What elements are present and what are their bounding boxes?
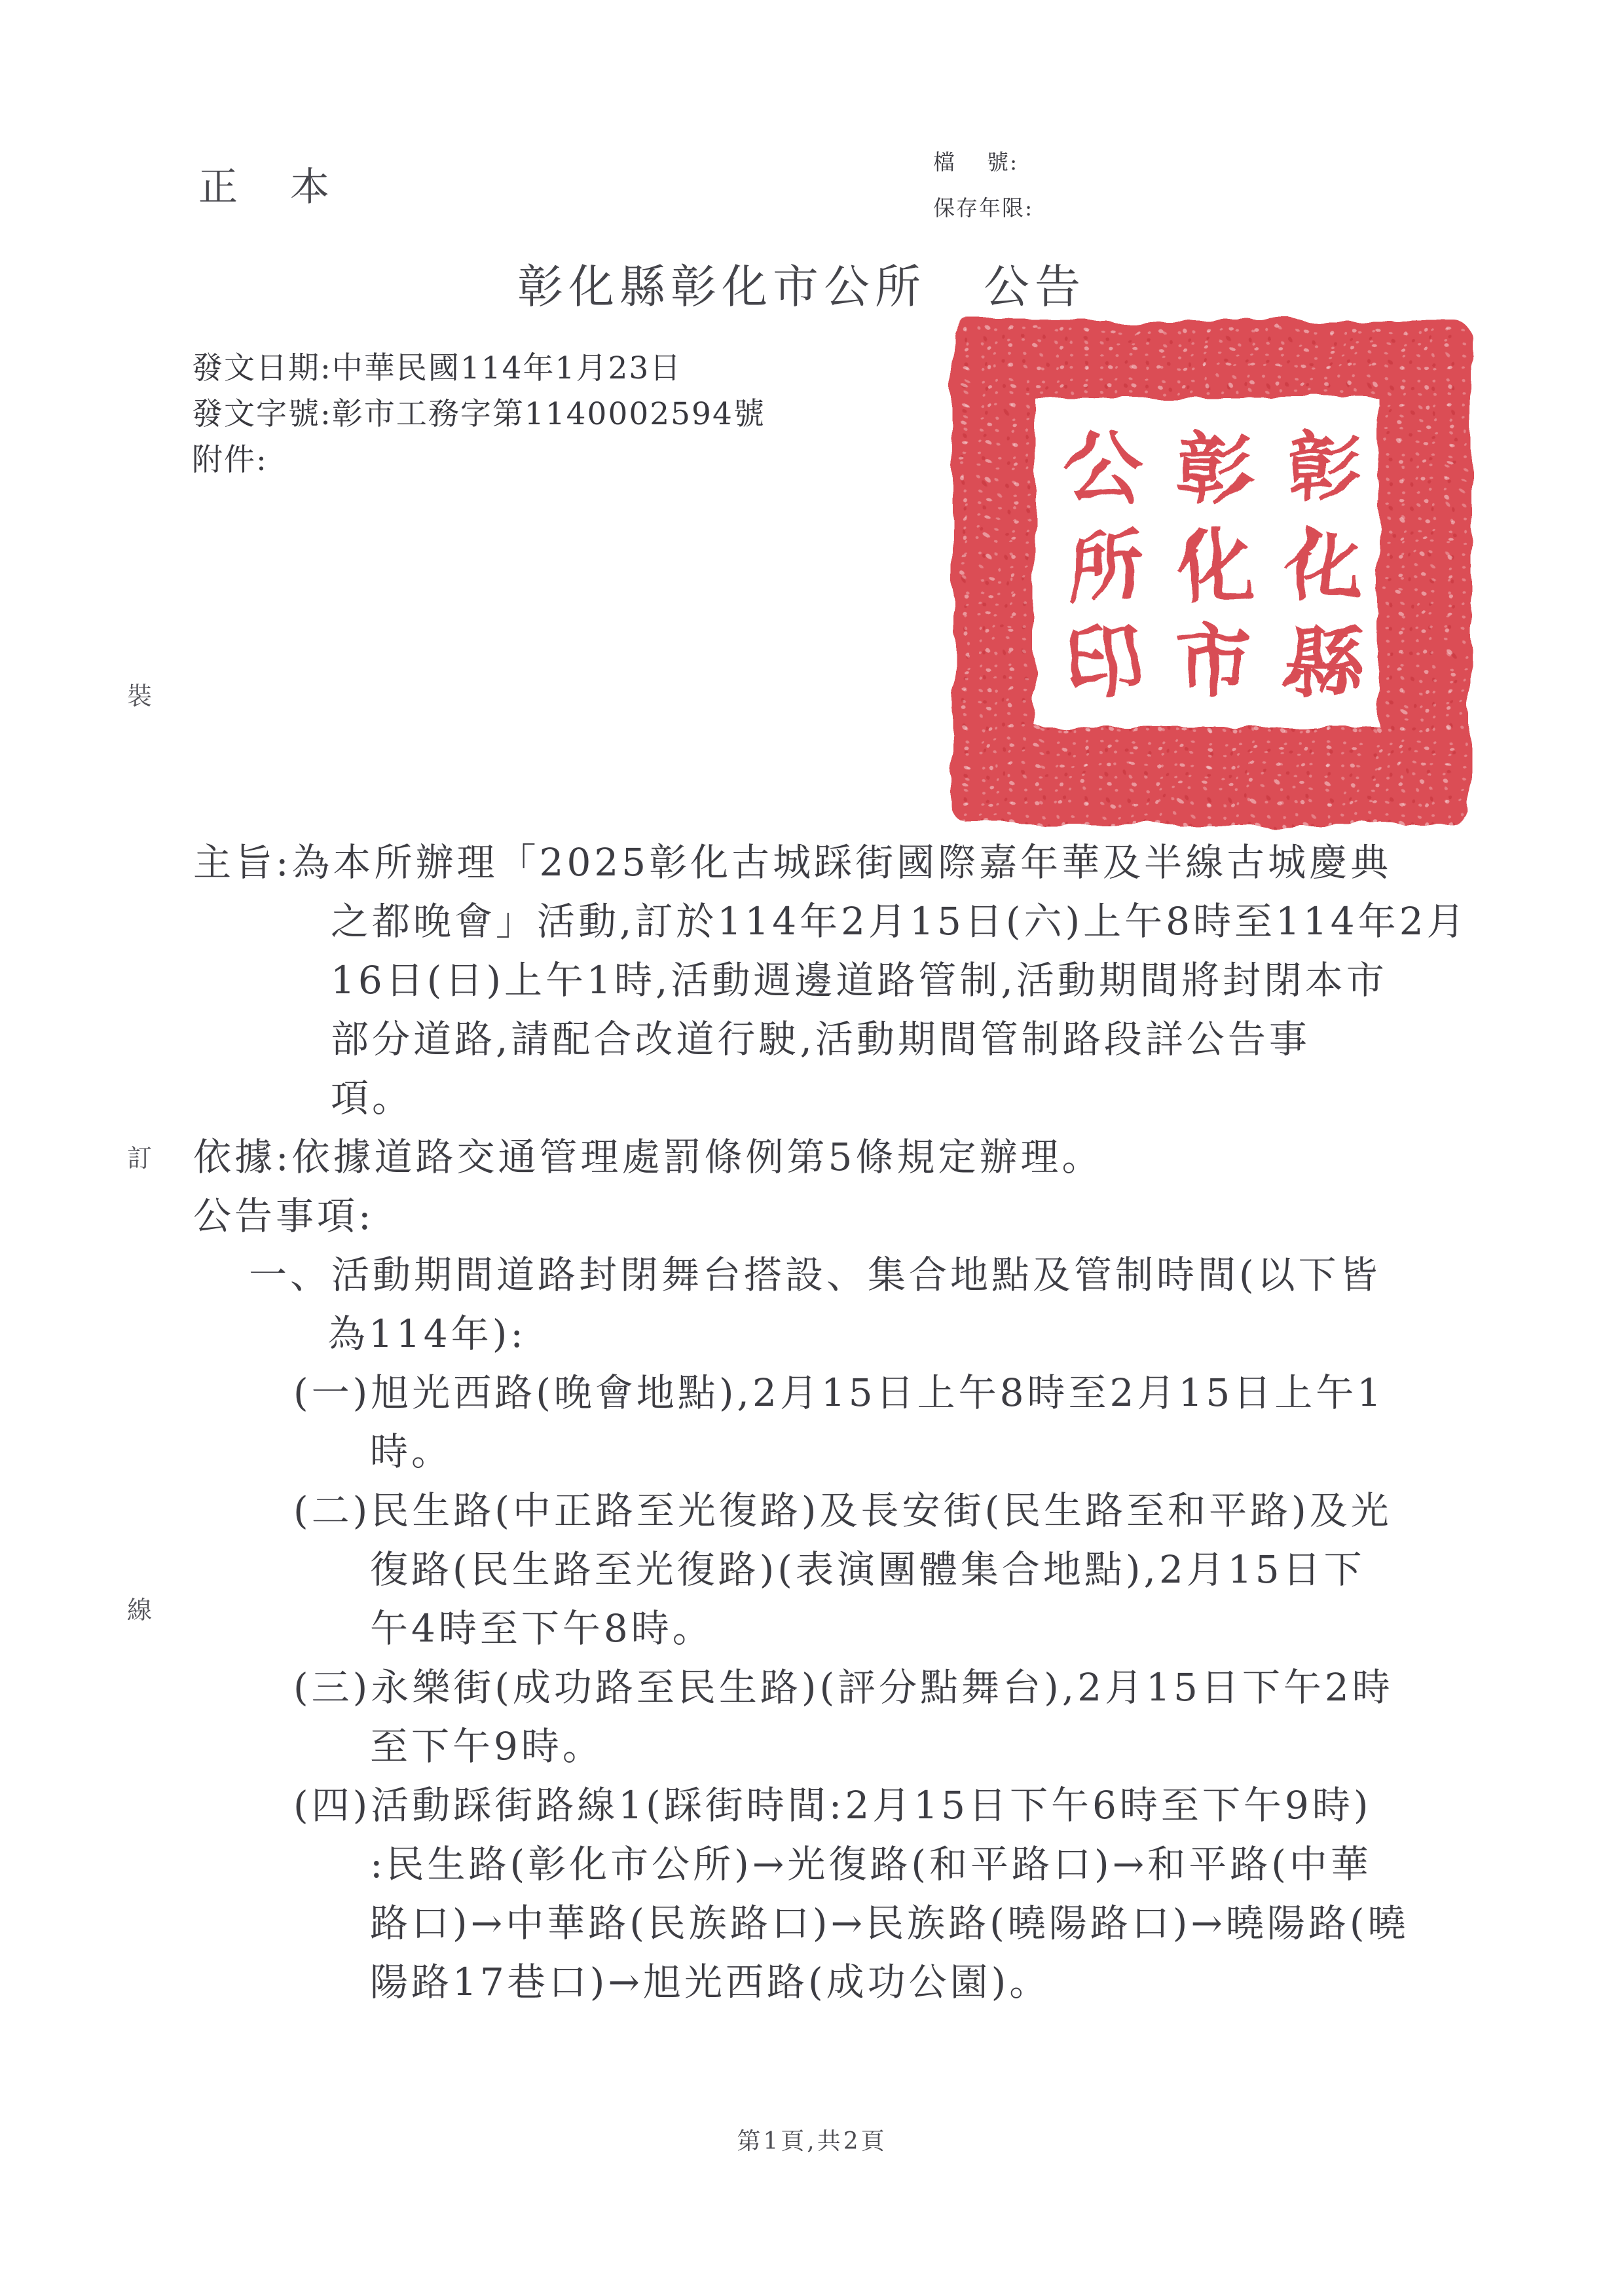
- seal-column-middle: 彰化市: [1153, 428, 1263, 720]
- body-line-subitem-2: (二)民生路(中正路至光復路)及長安街(民生路至和平路)及光: [293, 1481, 1624, 1540]
- document-type: 公告: [984, 260, 1086, 314]
- seal-column-left: 公所印: [1043, 428, 1153, 720]
- body-line: 路口)→中華路(民族路口)→民族路(曉陽路口)→曉陽路(曉: [370, 1894, 1624, 1953]
- binding-mark-zhuang: 裝: [127, 676, 152, 712]
- body-line: 午4時至下午8時。: [370, 1599, 1624, 1658]
- announcement-body: 主旨:為本所辦理「2025彰化古城踩街國際嘉年華及半線古城慶典 之都晚會」活動,…: [0, 833, 1624, 2011]
- body-line-subitem-3: (三)永樂街(成功路至民生路)(評分點舞台),2月15日下午2時: [293, 1658, 1624, 1717]
- seal-script-text: 彰化縣 彰化市 公所印: [1040, 403, 1373, 720]
- body-line-subitem-1: (一)旭光西路(晚會地點),2月15日上午8時至2月15日上午1: [293, 1363, 1624, 1422]
- copy-type-label: 正 本: [198, 156, 336, 212]
- document-meta: 發文日期:中華民國114年1月23日 發文字號:彰市工務字第1140002594…: [192, 346, 766, 483]
- body-line: 部分道路,請配合改道行駛,活動期間管制路段詳公告事: [331, 1010, 1624, 1069]
- body-line-item-1: 一、活動期間道路封閉舞台搭設、集合地點及管制時間(以下皆: [249, 1245, 1624, 1304]
- body-line-subject: 主旨:為本所辦理「2025彰化古城踩街國際嘉年華及半線古城慶典: [193, 833, 1624, 892]
- seal-column-right: 彰化縣: [1263, 428, 1373, 720]
- file-number-label-colon: 號:: [987, 145, 1018, 176]
- official-seal: 彰化縣 彰化市 公所印: [940, 306, 1483, 837]
- body-line-subitem-4: (四)活動踩街路線1(踩街時間:2月15日下午6時至下午9時): [293, 1776, 1624, 1835]
- body-line-basis: 依據:依據道路交通管理處罰條例第5條規定辦理。: [193, 1128, 1624, 1186]
- file-number-label: 檔: [933, 145, 956, 176]
- body-line-matters-header: 公告事項:: [193, 1186, 1624, 1245]
- body-line: 陽路17巷口)→旭光西路(成功公園)。: [370, 1953, 1624, 2011]
- issuing-agency: 彰化縣彰化市公所: [517, 260, 926, 314]
- body-line: 至下午9時。: [370, 1717, 1624, 1776]
- page-number-footer: 第1頁,共2頁: [0, 2123, 1624, 2156]
- doc-number-line: 發文字號:彰市工務字第1140002594號: [192, 392, 766, 437]
- issue-date-line: 發文日期:中華民國114年1月23日: [192, 346, 766, 392]
- seal-inner-area: 彰化縣 彰化市 公所印: [1035, 398, 1378, 725]
- body-line: 之都晚會」活動,訂於114年2月15日(六)上午8時至114年2月: [331, 892, 1624, 951]
- body-line: 時。: [370, 1422, 1624, 1481]
- body-line: :民生路(彰化市公所)→光復路(和平路口)→和平路(中華: [370, 1835, 1624, 1894]
- body-line: 為114年):: [327, 1304, 1624, 1363]
- retention-period-label: 保存年限:: [933, 191, 1033, 222]
- document-page: { "page": { "copy_label": "正 本", "header…: [0, 0, 1624, 2295]
- body-line: 16日(日)上午1時,活動週邊道路管制,活動期間將封閉本市: [331, 951, 1624, 1010]
- body-line: 復路(民生路至光復路)(表演團體集合地點),2月15日下: [370, 1540, 1624, 1599]
- seal-border: 彰化縣 彰化市 公所印: [953, 320, 1470, 824]
- attachment-line: 附件:: [192, 437, 766, 483]
- body-line: 項。: [331, 1069, 1624, 1128]
